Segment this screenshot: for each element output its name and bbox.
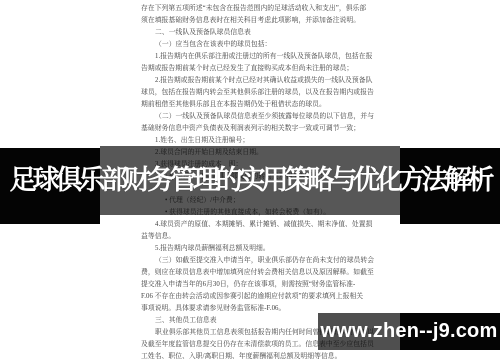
- watermark-url: www.zhen--j9.com: [318, 313, 500, 350]
- doc-line: 1.报告期内在俱乐部注册或注册过的所有一线队及预备队球员，包括在报: [141, 51, 381, 63]
- doc-line: 告期或报告期前某个时点已经发生了直接购买成本但尚未注册的球员；: [141, 63, 381, 75]
- page: 存在下列第五项所述“未包含在报告范围内的足球活动收入和支出”，俱乐部 须在填报基…: [0, 0, 500, 362]
- watermark: www.zhen--j9.com: [318, 313, 500, 350]
- doc-line: 期前租借至其他俱乐部且在本报告期仍处于租借状态的球员。: [141, 99, 381, 111]
- doc-line: 2.报告期或报告期前某个时点已经对其确认收益或损失的一线队及预备队: [141, 75, 381, 87]
- doc-line: 工姓名、职位、入职/离职日期、年度薪酬福利总额及明细等信息。: [141, 351, 381, 362]
- doc-line: 基础财务信息中资产负债表及利润表列示的相关数字一致或可调节一致；: [141, 123, 381, 135]
- doc-line: 5.报告期内球员薪酬福利总额及明细。: [141, 243, 381, 255]
- doc-line: 4.球员资产的原值、本期摊销、累计摊销、减值损失、期末净值、处置损: [141, 219, 381, 231]
- doc-line: 球员，包括在报告期内转会至其他俱乐部注册的球员，以及在报告期内或报告: [141, 87, 381, 99]
- doc-line: （三）如截至提交准入申请当年，职业俱乐部仍存在尚未支付的球员转会: [141, 255, 381, 267]
- headline-title: 足球俱乐部财务管理的实用策略与优化方法解析: [0, 165, 500, 196]
- doc-line: 费，则应在球员信息表中增加填列应付转会费相关信息以及原因解释。如截至: [141, 267, 381, 279]
- doc-line: （一）应当包含在该表中的球员包括：: [141, 39, 381, 51]
- doc-line: F.06 不存在由转会活动或因参赛引起的逾期应付款项”的要求填列上报相关: [141, 291, 381, 303]
- doc-line: （二）一线队及预备队球员信息表至少须披露每位球员的以下信息，并与: [141, 111, 381, 123]
- doc-line: 提交准入申请当年的6月30日，仍存在该事项，则需按照“财务监管标准-: [141, 279, 381, 291]
- doc-line: 存在下列第五项所述“未包含在报告范围内的足球活动收入和支出”，俱乐部: [141, 3, 381, 15]
- doc-line: 益等信息。: [141, 231, 381, 243]
- doc-line: 须在填报基础财务信息表时在相关科目考虑此项影响，并添加备注说明。: [141, 15, 381, 27]
- doc-line: 二、一线队及预备队球员信息表: [141, 27, 381, 39]
